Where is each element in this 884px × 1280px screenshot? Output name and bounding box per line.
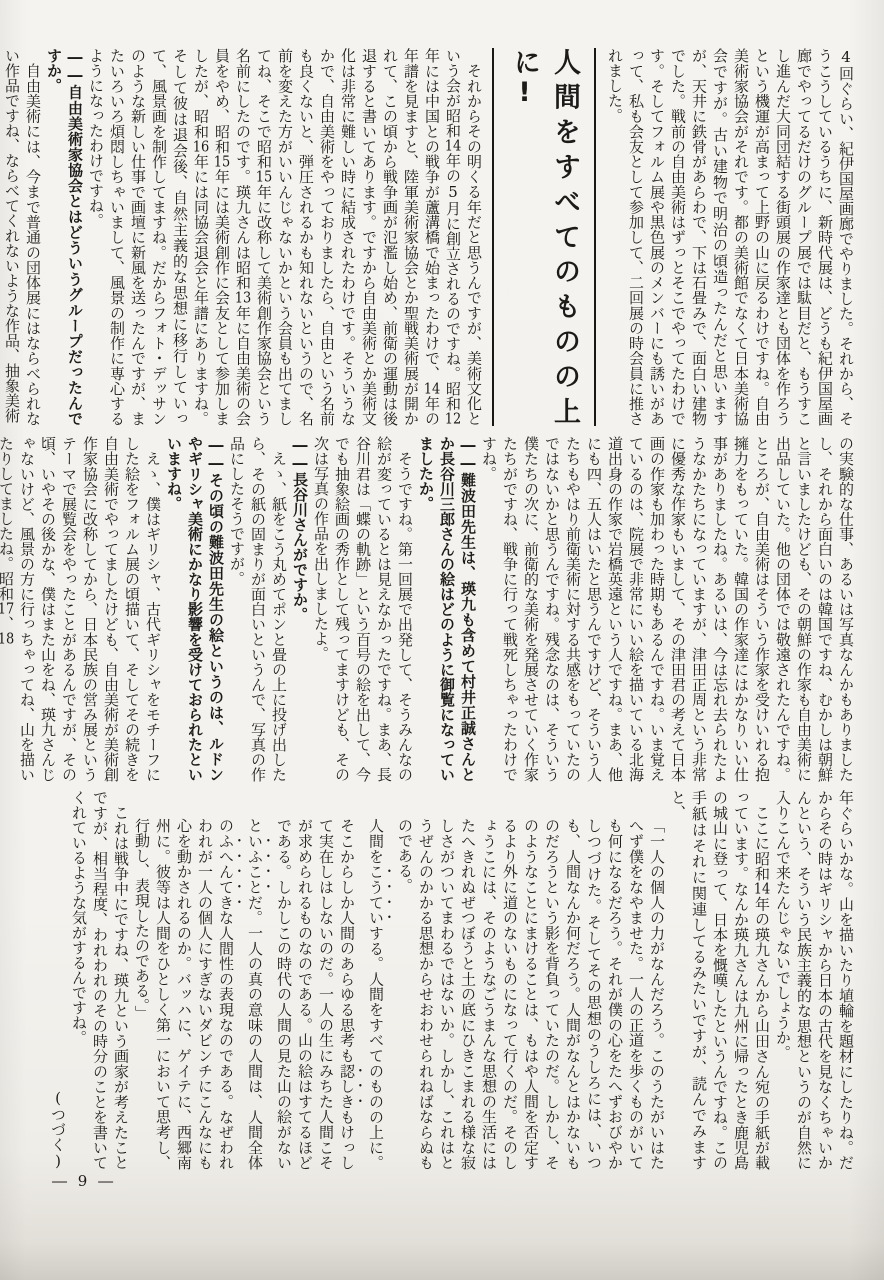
letter-paragraph: 「一人の個人の力がなんだろう。このうたがいはたへず僕をなやませた。一人の正道を歩… <box>394 818 667 1170</box>
interview-question: ――その頃の難波田先生の絵というのは、ルドンやギリシャ美術にかなり影響を受けてお… <box>163 436 226 782</box>
paragraph: えゝ、紙をこう丸めてポンと畳の上に投げ出したら、その紙の固まりが面白いというんで… <box>226 436 289 782</box>
paragraph: ここに昭和14年の瑛九さんから山田さん宛の手紙が載っています。なんか瑛九さんは九… <box>667 790 772 1170</box>
paragraph: の実験的な仕事、あるいは写真なんかもありましたし、それから面白いのは韓国ですね、… <box>478 436 856 782</box>
headline-rule-box: 人間をすべてのものの上に! <box>492 48 596 426</box>
paragraph: 年ぐらいかな。山を描いたり埴輪を題材にしたりね。だからその時はギリシャから日本の… <box>772 790 856 1170</box>
paragraph: 自由美術には、今まで普通の団体展にはならべられない作品ですね、ならべてくれないよ… <box>1 48 43 426</box>
article-headline: 人間をすべてのものの上に! <box>504 48 584 426</box>
paragraph: そうですね。第一回展で出発して、そうみんなの絵が変っているとは見えなかったですね… <box>310 436 415 782</box>
letter-quote: 「一人の個人の力がなんだろう。このうたがいはたへず僕をなやませた。一人の正道を歩… <box>131 790 667 1170</box>
paragraph: これは戦争中にですね、瑛九という画家が考えたことですが、相当程度、われわれのその… <box>68 790 131 1170</box>
interview-question: ――自由美術家協会とはどういうグループだったんですか。 <box>43 48 85 426</box>
magazine-page: 4回ぐらい、紀伊国屋画廊でやりました。それから、そうこうしているうちに、新時代展… <box>0 0 884 1280</box>
interview-question: ――難波田先生は、瑛九も含めて村井正誠さんとか長谷川三郎さんの絵はどのように御覧… <box>415 436 478 782</box>
paragraph: それからその明くる年だと思うんですが、美術文化という会が昭和14年の5月に創立さ… <box>85 48 484 426</box>
continuation-mark: (つづく) <box>47 790 68 1170</box>
text-tier-bottom: 年ぐらいかな。山を描いたり埴輪を題材にしたりね。だからその時はギリシャから日本の… <box>50 790 856 1170</box>
interview-question: ――長谷川さんがですか。 <box>289 436 310 782</box>
text-tier-top: 4回ぐらい、紀伊国屋画廊でやりました。それから、そうこうしているうちに、新時代展… <box>50 48 856 426</box>
letter-paragraph: 人間をこうていする。人間をすべてのものの上に。そこからしか人間のあらゆる思考も認… <box>131 818 394 1170</box>
paragraph: 4回ぐらい、紀伊国屋画廊でやりました。それから、そうこうしているうちに、新時代展… <box>604 48 856 426</box>
paragraph: えゝ、僕はギリシャ、古代ギリシャをモチーフにした絵をフォルム展の頃描いて、そして… <box>0 436 163 782</box>
page-number: ― 9 ― <box>52 1172 116 1190</box>
text-tier-middle: の実験的な仕事、あるいは写真なんかもありましたし、それから面白いのは韓国ですね、… <box>50 436 856 782</box>
